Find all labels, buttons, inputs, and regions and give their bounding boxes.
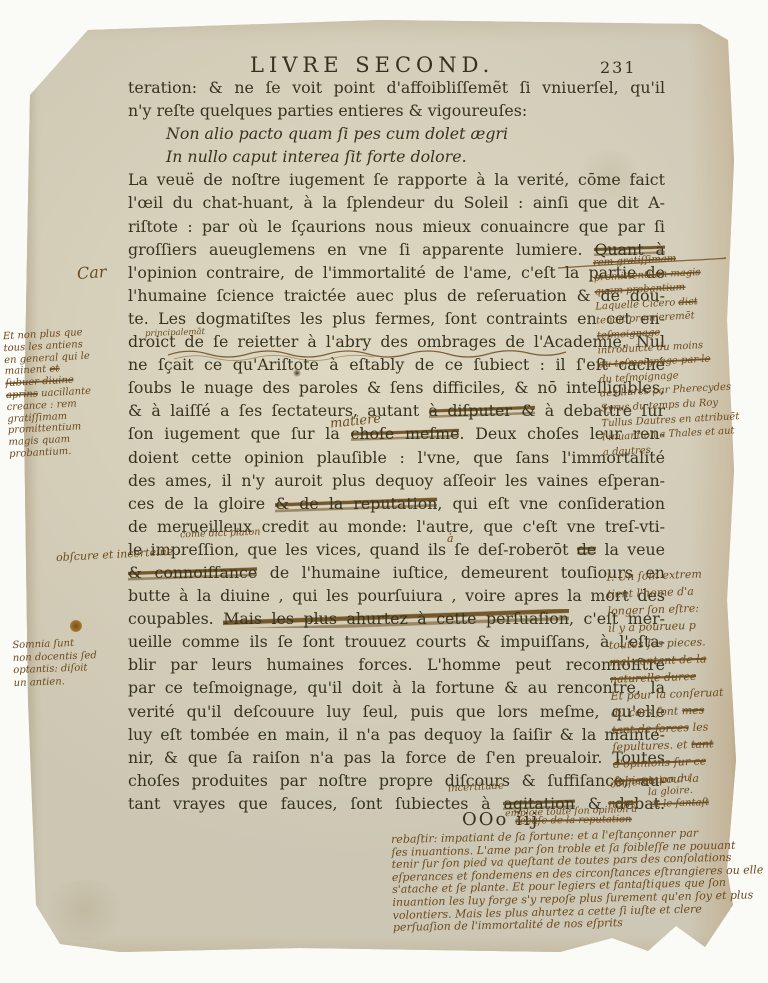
struck-note-recuse: recuſe de la reputation [515,814,632,827]
struck-handwriting: mes [681,704,704,718]
page-number: 231 [600,58,637,77]
printed-line: par ce teſmoignage, qu'il doit à la fort… [128,676,665,699]
printed-line: l'œil du chat-huant, à la ſplendeur du S… [128,191,665,214]
struck-handwriting: tant de forces [612,721,690,737]
printed-line: ne ſçait ce qu'Ariſtote à eſtably de ce … [128,353,665,376]
printed-line: nir, & que ſa raiſon n'a pas la force de… [128,746,665,769]
printed-line: Non alio pacto quam ſi pes cum dolet ægr… [166,122,665,145]
printed-line: groſſiers aueuglemens en vne ſi apparent… [128,238,665,261]
printed-line: & à laiſſé a ſes ſectateurs, autant à di… [128,399,665,422]
hand-struck-print: de [577,540,596,559]
printed-line: butte à la diuine , qui les pourſuiura ,… [128,584,665,607]
struck-handwriting: et [49,364,59,376]
struck-handwriting: d'opinions ſur ce [613,754,707,770]
printed-line: choſes produites par noſtre propre diſco… [128,769,665,792]
printed-line: ſon iugement que ſur la choſe meſme. Deu… [128,422,665,445]
paper-stain [40,880,130,940]
printed-line: n'y reſte quelques parties entieres & vi… [128,99,665,122]
interlinear-note-principalement: principalemāt [145,327,205,339]
struck-handwriting: quam probantium [594,282,685,298]
hand-struck-print: & connoiſſance [128,563,257,582]
printed-line: l'opinion contraire, de l'immortalité de… [128,261,665,284]
printed-text-block: teration: & ne ſe voit point d'affoibliſ… [128,76,665,815]
struck-note-fantast: et le fantaſt [650,797,710,810]
struck-handwriting: teſmoignage [597,327,661,341]
printed-line: des ames, il n'y auroit plus dequoy aſſe… [128,469,665,492]
printed-line: ces de la gloire & de la reputation, qui… [128,492,665,515]
hand-struck-print: à diſputer & [429,401,536,420]
printed-line: ueille comme ils ſe ſont trouuez courts … [128,630,665,653]
struck-handwriting: dict [678,296,698,308]
printed-line: l'humaine ſcience traictée auec plus de … [128,284,665,307]
printed-line: doient cette opinion plauſible : l'vne, … [128,446,665,469]
struck-handwriting: naturelle duree [610,670,697,686]
struck-handwriting: aprins [6,388,38,401]
scanned-book-page: { "colors":{"paper":"#cdc8b6","paper_edg… [0,0,768,983]
printed-line: verité qu'il deſcouure luy ſeul, puis qu… [128,700,665,723]
interlinear-note-a: à [447,532,454,545]
hand-struck-print: & de la reputation [275,494,437,513]
margin-note-left-academy: Et non plus quetous les antiensen genera… [3,325,130,461]
struck-handwriting: tant [691,737,714,751]
printed-line: coupables. Mais les plus ahurtez à cette… [128,607,665,630]
printed-line: le impreſſion, que les vices, quand ils … [128,538,665,561]
margin-note-right-soin: I. Un ſoin extremtient l'home d'alonger … [606,563,768,789]
printed-line: La veuë de noſtre iugement ſe rapporte à… [128,168,665,191]
margin-note-right-cicero: rem gratiſſimampromittentium magisquam p… [593,248,768,461]
margin-note-left-somnia: Somnia ſuntnon docentis ſedoptantis: diſ… [12,636,132,690]
margin-note-car: Car [76,262,107,283]
struck-handwriting: rem gratiſſimam [593,253,677,268]
printed-line: droict de ſe reietter à l'abry des ombra… [128,330,665,353]
printed-line: teration: & ne ſe voit point d'affoibliſ… [128,76,665,99]
note-gloire: la gloire. [648,785,694,798]
hand-struck-print: Mais les plus ahurtez à cette perſuaſion [223,609,569,628]
running-title: LIVRE SECOND. [250,53,494,77]
printed-line: luy eſt tombée en main, il n'a pas dequo… [128,723,665,746]
page-header: LIVRE SECOND. 231 [0,0,768,80]
printed-line: riſtote : par où le ſçaurions nous mieux… [128,215,665,238]
printed-line: & connoiſſance de l'humaine iuſtice, dem… [128,561,665,584]
printed-line: ſoubs le nuage des paroles & ſens diffic… [128,376,665,399]
printed-line: te. Les dogmatiſtes les plus fermes, ſon… [128,307,665,330]
struck-handwriting: mal contant de la [609,652,706,668]
printed-line: blir par leurs humaines forces. L'homme … [128,653,665,676]
printed-line: In nullo caput interea ſit forte dolore. [166,145,665,168]
bottom-handwritten-addition: rebaſtir: impatiant de ſa fortune: et a … [391,826,768,935]
